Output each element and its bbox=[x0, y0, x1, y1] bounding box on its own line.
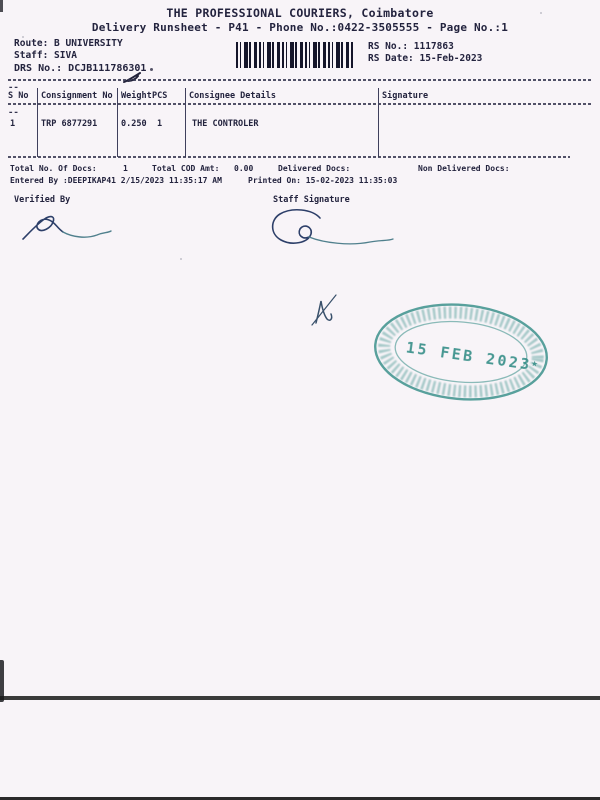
col-header-signature: Signature bbox=[382, 91, 428, 101]
col-header-weight: Weight bbox=[121, 91, 152, 101]
row-cell-consignment: TRP 6877291 bbox=[41, 119, 97, 129]
ink-dot bbox=[150, 68, 153, 71]
col-header-consignment: Consignment No bbox=[41, 91, 113, 101]
printed-on-line: Printed On: 15-02-2023 11:35:03 bbox=[248, 176, 397, 185]
col-header-consignee: Consignee Details bbox=[189, 91, 276, 101]
total-docs-label: Total No. Of Docs: bbox=[10, 164, 97, 173]
scan-speck bbox=[180, 258, 182, 260]
scan-speck bbox=[22, 36, 24, 38]
column-rule bbox=[378, 88, 379, 157]
barcode-icon bbox=[236, 42, 355, 68]
divider-top bbox=[8, 79, 592, 81]
delivered-docs-label: Delivered Docs: bbox=[278, 164, 350, 173]
pen-flick-mark bbox=[122, 70, 144, 84]
dash-mark: -- bbox=[8, 108, 19, 118]
col-header-pcs: PCS bbox=[152, 91, 167, 101]
cod-amount-label: Total COD Amt: bbox=[152, 164, 219, 173]
runsheet-document: THE PROFESSIONAL COURIERS, Coimbatore De… bbox=[0, 0, 600, 800]
scan-speck bbox=[540, 12, 542, 14]
staff-line: Staff: SIVA bbox=[14, 50, 77, 61]
column-rule bbox=[37, 88, 38, 157]
total-docs-value: 1 bbox=[123, 164, 128, 173]
divider-table-bottom bbox=[8, 156, 570, 158]
row-cell-weight: 0.250 bbox=[121, 119, 147, 129]
initial-pen-mark bbox=[308, 292, 342, 328]
divider-header bbox=[8, 103, 592, 105]
row-cell-sno: 1 bbox=[10, 119, 15, 129]
stamp-date: 15 FEB 2023 bbox=[405, 338, 533, 373]
non-delivered-docs-label: Non Delivered Docs: bbox=[418, 164, 510, 173]
row-cell-pcs: 1 bbox=[157, 119, 162, 129]
row-cell-consignee: THE CONTROLER bbox=[192, 119, 259, 129]
rs-number-line: RS No.: 1117863 bbox=[368, 41, 454, 52]
cod-amount-value: 0.00 bbox=[234, 164, 253, 173]
column-rule bbox=[185, 88, 186, 157]
verified-by-label: Verified By bbox=[14, 195, 70, 205]
verified-by-signature bbox=[18, 208, 114, 248]
column-rule bbox=[117, 88, 118, 157]
runsheet-subtitle: Delivery Runsheet - P41 - Phone No.:0422… bbox=[0, 21, 600, 34]
date-stamp: ★ 15 FEB 2023 bbox=[362, 296, 562, 412]
staff-signature bbox=[266, 204, 398, 252]
scan-edge-artifact bbox=[0, 696, 600, 700]
scan-edge-artifact bbox=[0, 0, 3, 12]
route-line: Route: B UNIVERSITY bbox=[14, 38, 123, 49]
col-header-sno: S No bbox=[8, 91, 28, 101]
rs-date-line: RS Date: 15-Feb-2023 bbox=[368, 53, 482, 64]
entered-by-line: Entered By :DEEPIKAP41 2/15/2023 11:35:1… bbox=[10, 176, 222, 185]
company-title: THE PROFESSIONAL COURIERS, Coimbatore bbox=[0, 6, 600, 20]
